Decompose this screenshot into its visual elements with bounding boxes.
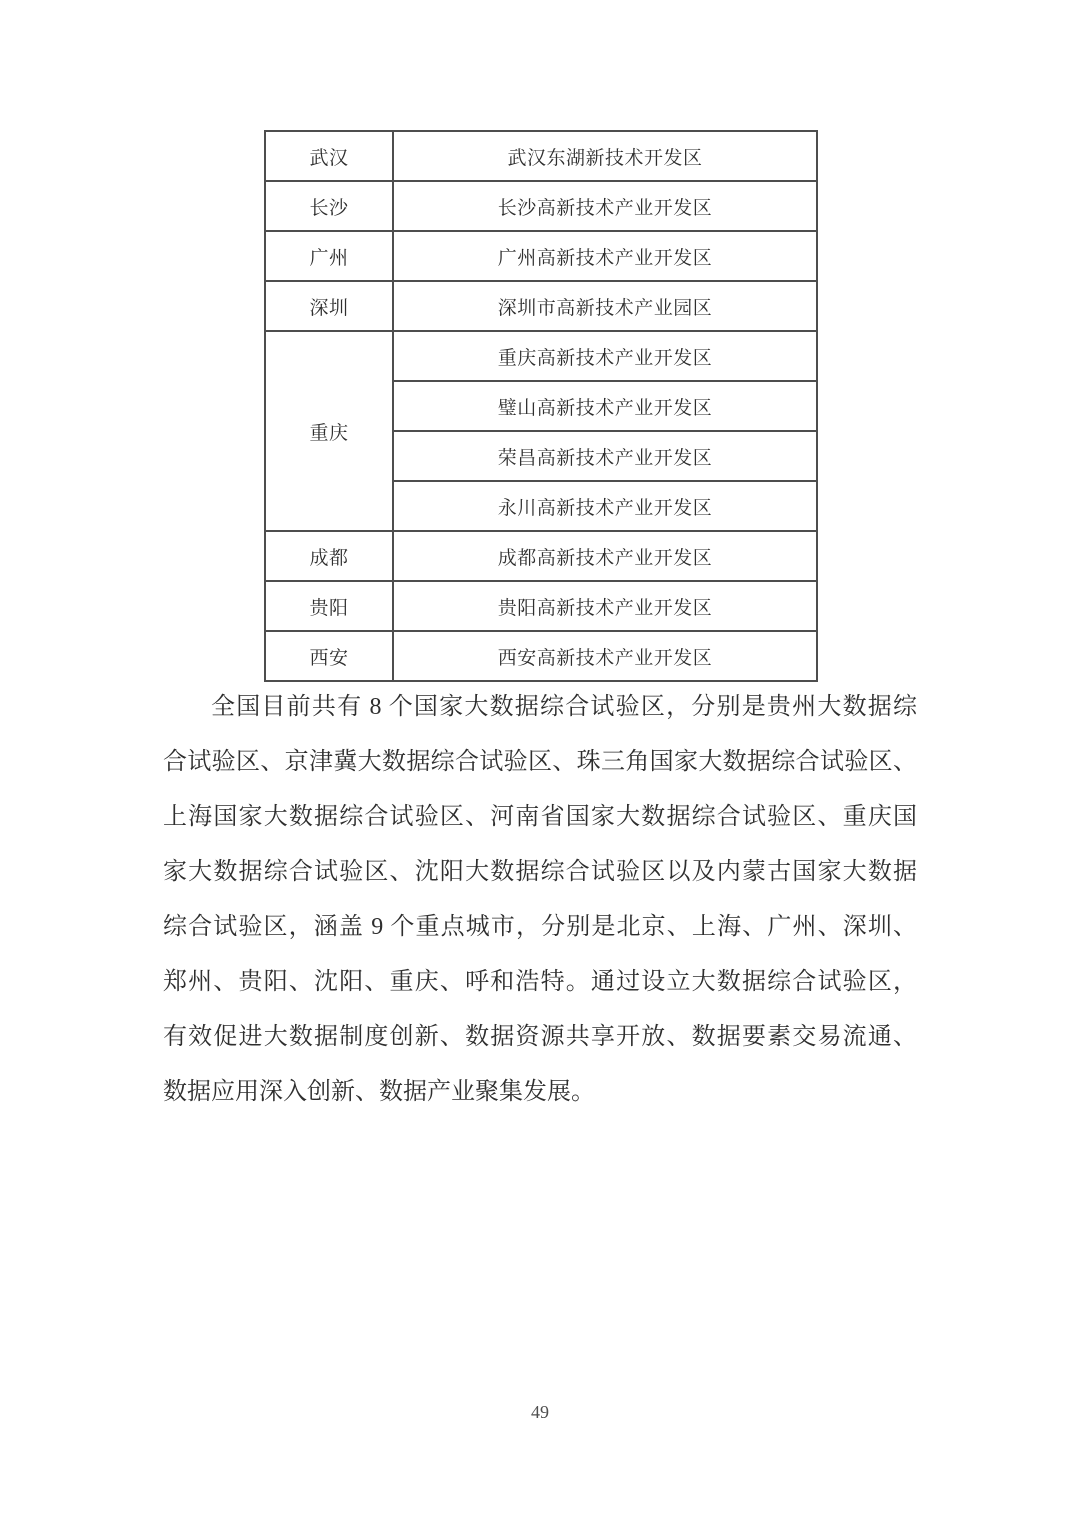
paragraph-line: 综合试验区，涵盖 9 个重点城市，分别是北京、上海、广州、深圳、	[163, 900, 917, 955]
table-row: 贵阳贵阳高新技术产业开发区	[265, 581, 817, 631]
city-cell: 广州	[265, 231, 393, 281]
city-cell: 贵阳	[265, 581, 393, 631]
zone-cell: 广州高新技术产业开发区	[393, 231, 817, 281]
zone-cell: 武汉东湖新技术开发区	[393, 131, 817, 181]
table-row: 武汉武汉东湖新技术开发区	[265, 131, 817, 181]
zone-cell: 荣昌高新技术产业开发区	[393, 431, 817, 481]
city-cell: 深圳	[265, 281, 393, 331]
zone-cell: 贵阳高新技术产业开发区	[393, 581, 817, 631]
city-cell: 重庆	[265, 331, 393, 531]
table-row: 广州广州高新技术产业开发区	[265, 231, 817, 281]
table-row: 重庆重庆高新技术产业开发区	[265, 331, 817, 381]
zone-cell: 重庆高新技术产业开发区	[393, 331, 817, 381]
zone-cell: 深圳市高新技术产业园区	[393, 281, 817, 331]
city-cell: 长沙	[265, 181, 393, 231]
paragraph-line: 有效促进大数据制度创新、数据资源共享开放、数据要素交易流通、	[163, 1010, 917, 1065]
city-cell: 西安	[265, 631, 393, 681]
paragraph-line: 上海国家大数据综合试验区、河南省国家大数据综合试验区、重庆国	[163, 790, 917, 845]
document-page: 武汉武汉东湖新技术开发区长沙长沙高新技术产业开发区广州广州高新技术产业开发区深圳…	[0, 0, 1080, 1527]
city-zones-table-body: 武汉武汉东湖新技术开发区长沙长沙高新技术产业开发区广州广州高新技术产业开发区深圳…	[265, 131, 817, 681]
table-row: 深圳深圳市高新技术产业园区	[265, 281, 817, 331]
city-cell: 武汉	[265, 131, 393, 181]
zone-cell: 璧山高新技术产业开发区	[393, 381, 817, 431]
table-row: 成都成都高新技术产业开发区	[265, 531, 817, 581]
body-paragraph: 全国目前共有 8 个国家大数据综合试验区，分别是贵州大数据综合试验区、京津冀大数…	[163, 680, 917, 1120]
table-row: 西安西安高新技术产业开发区	[265, 631, 817, 681]
paragraph-line: 数据应用深入创新、数据产业聚集发展。	[163, 1065, 917, 1120]
zone-cell: 永川高新技术产业开发区	[393, 481, 817, 531]
zone-cell: 西安高新技术产业开发区	[393, 631, 817, 681]
paragraph-line: 全国目前共有 8 个国家大数据综合试验区，分别是贵州大数据综	[163, 680, 917, 735]
paragraph-line: 家大数据综合试验区、沈阳大数据综合试验区以及内蒙古国家大数据	[163, 845, 917, 900]
paragraph-line: 合试验区、京津冀大数据综合试验区、珠三角国家大数据综合试验区、	[163, 735, 917, 790]
page-number: 49	[0, 1400, 1080, 1424]
paragraph-line: 郑州、贵阳、沈阳、重庆、呼和浩特。通过设立大数据综合试验区，	[163, 955, 917, 1010]
zone-cell: 成都高新技术产业开发区	[393, 531, 817, 581]
city-zones-table: 武汉武汉东湖新技术开发区长沙长沙高新技术产业开发区广州广州高新技术产业开发区深圳…	[264, 130, 818, 682]
table-row: 长沙长沙高新技术产业开发区	[265, 181, 817, 231]
city-cell: 成都	[265, 531, 393, 581]
zone-cell: 长沙高新技术产业开发区	[393, 181, 817, 231]
